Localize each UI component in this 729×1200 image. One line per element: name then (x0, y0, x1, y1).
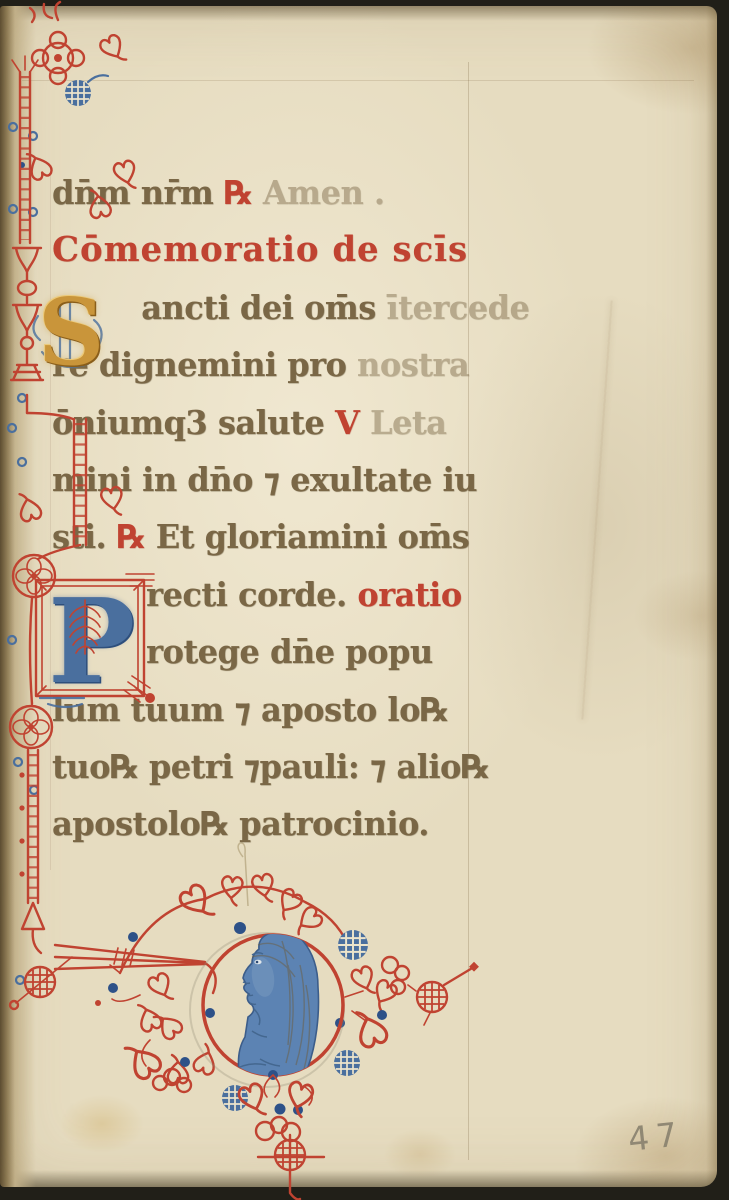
ladder-bar-icon (38, 419, 86, 559)
text-segment: recti corde. (146, 575, 357, 614)
flower-finial-icon (30, 2, 84, 84)
text-segment: oratio (357, 575, 461, 614)
text-line: recti corde. oratio (146, 566, 484, 623)
text-segment: ℞ (224, 173, 252, 212)
folio-number: 47 (626, 1117, 685, 1156)
text-segment: Amen . (252, 173, 384, 212)
initial-p-frame (28, 570, 158, 735)
fern-infill (70, 600, 100, 654)
crosshatch-bezant-icon (65, 75, 108, 106)
text-segment: nostra (357, 345, 469, 384)
text-segment: ītercede (386, 288, 529, 327)
manuscript-photo: { "page": { "background_color": "#e6dcc0… (0, 0, 729, 1200)
bottom-tail-ornament (237, 1075, 324, 1199)
bas-de-page-ornament (0, 845, 520, 1200)
illuminated-initial-s: S (38, 286, 104, 378)
pen-trial-mark (238, 843, 248, 906)
text-line: ancti dei om̄s ītercede (141, 279, 483, 336)
text-segment: Leta (359, 403, 446, 442)
text-segment: ancti dei om̄s (141, 288, 386, 327)
heart-leaf-spray-icon (345, 957, 479, 1049)
text-line: rotege dn̄e popu (146, 623, 484, 680)
text-segment: rotege dn̄e popu (146, 632, 433, 671)
text-segment: Et gloriamini om̄s (145, 517, 469, 556)
text-segment: V (335, 403, 359, 442)
trumpet-spray-icon (16, 945, 216, 1006)
